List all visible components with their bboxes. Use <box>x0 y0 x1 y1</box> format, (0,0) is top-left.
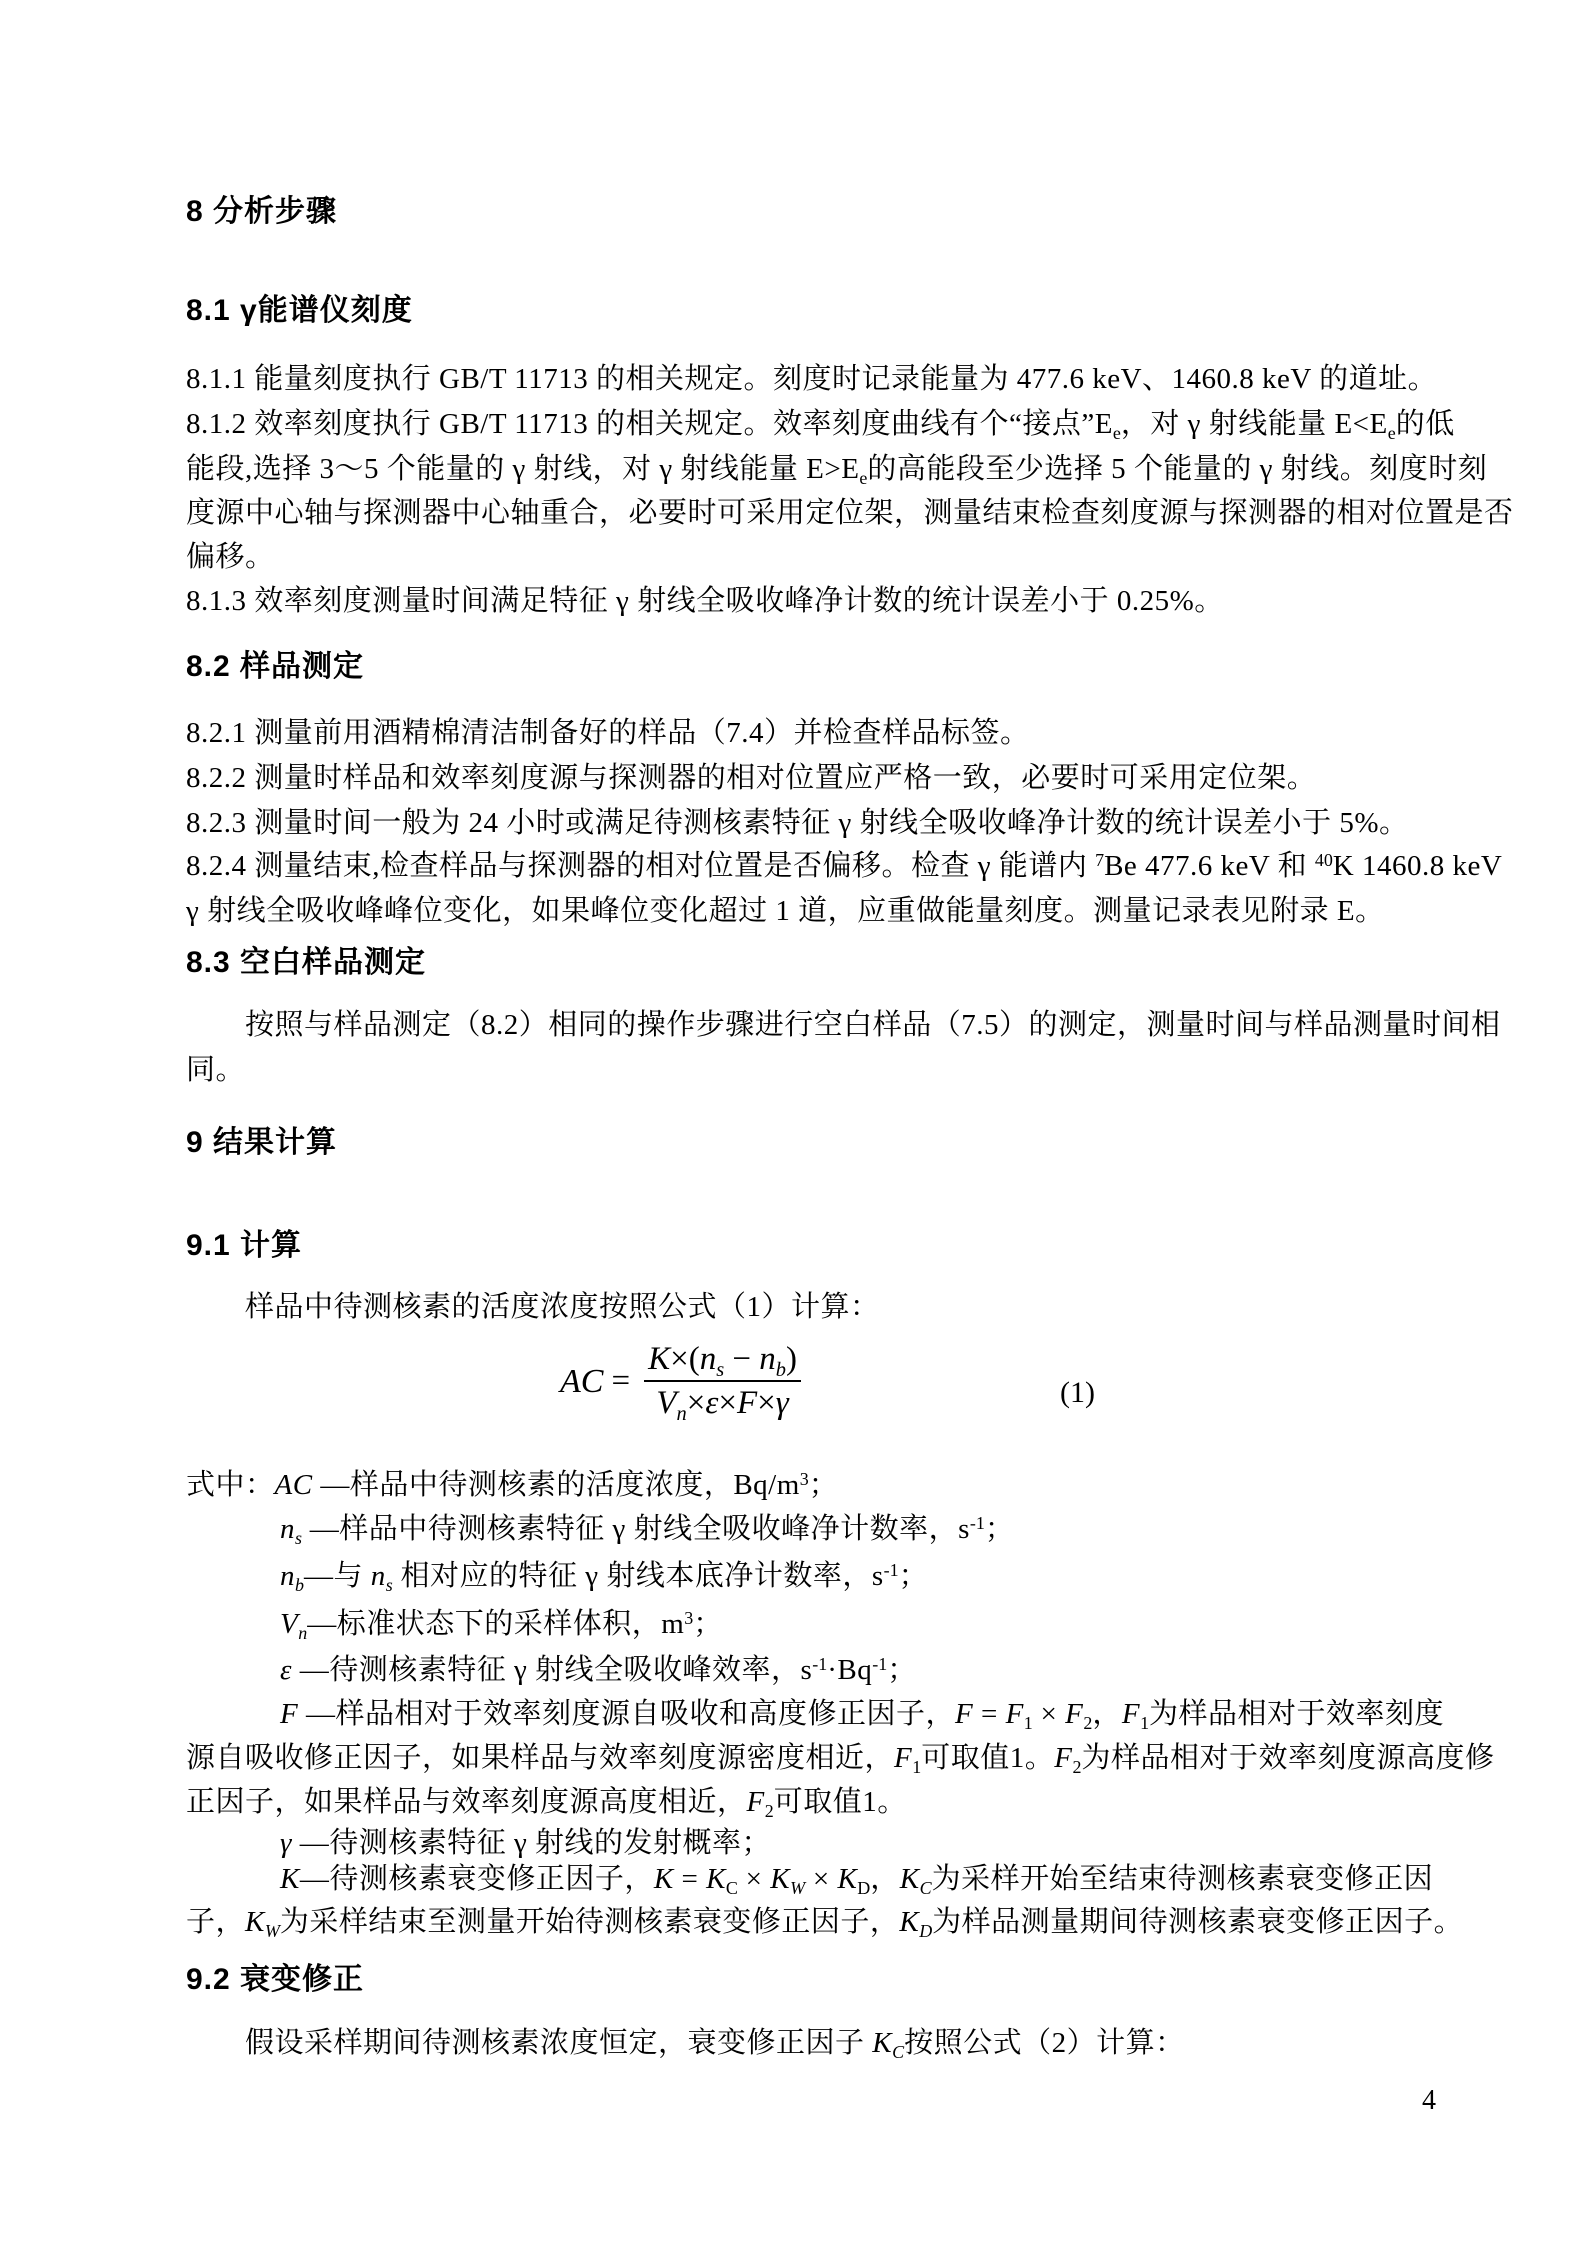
section-heading-8-2: 8.2 样品测定 <box>186 649 364 685</box>
equation-1-denominator: Vn×ε×F×γ <box>644 1380 800 1424</box>
paragraph-8-3-line-1: 按照与样品测定（8.2）相同的操作步骤进行空白样品（7.5）的测定，测量时间与样… <box>245 1008 1501 1043</box>
paragraph-8-3-line-2: 同。 <box>186 1053 245 1088</box>
equation-1-lhs: AC <box>560 1363 603 1400</box>
paragraph-8-1-2-line-3: 度源中心轴与探测器中心轴重合，必要时可采用定位架，测量结束检查刻度源与探测器的相… <box>186 496 1514 531</box>
definition-k-line-1: K—待测核素衰变修正因子，K = KC × KW × KD，KC为采样开始至结束… <box>280 1862 1433 1897</box>
paragraph-8-2-4-line-1: 8.2.4 测量结束,检查样品与探测器的相对位置是否偏移。检查 γ 能谱内 7B… <box>186 849 1502 884</box>
page-number: 4 <box>1422 2085 1436 2117</box>
paragraph-8-2-1: 8.2.1 测量前用酒精棉清洁制备好的样品（7.4）并检查样品标签。 <box>186 716 1030 751</box>
definition-f-line-1: F —样品相对于效率刻度源自吸收和高度修正因子，F = F1 × F2，F1为样… <box>280 1697 1444 1732</box>
definition-epsilon: ε —待测核素特征 γ 射线全吸收峰效率，s-1·Bq-1； <box>280 1653 917 1688</box>
equation-1: AC = K×(ns − nb) Vn×ε×F×γ <box>560 1338 809 1425</box>
paragraph-8-2-4-line-2: γ 射线全吸收峰峰位变化，如果峰位变化超过 1 道，应重做能量刻度。测量记录表见… <box>186 894 1385 929</box>
paragraph-8-1-2-line-4: 偏移。 <box>186 540 275 575</box>
definition-f-line-3: 正因子，如果样品与效率刻度源高度相近，F2可取值1。 <box>186 1785 907 1820</box>
equation-1-number: (1) <box>1060 1376 1095 1410</box>
section-heading-9-2: 9.2 衰变修正 <box>186 1962 364 1998</box>
definition-vn: Vn—标准状态下的采样体积，m3； <box>280 1607 723 1642</box>
paragraph-8-1-2-line-1: 8.1.2 效率刻度执行 GB/T 11713 的相关规定。效率刻度曲线有个“接… <box>186 407 1455 442</box>
equation-1-fraction: K×(ns − nb) Vn×ε×F×γ <box>636 1338 809 1425</box>
definition-k-line-2: 子，KW为采样结束至测量开始待测核素衰变修正因子，KD为样品测量期间待测核素衰变… <box>186 1905 1463 1940</box>
definition-f-line-2: 源自吸收修正因子，如果样品与效率刻度源密度相近，F1可取值1。F2为样品相对于效… <box>186 1741 1494 1776</box>
section-heading-9-1: 9.1 计算 <box>186 1228 302 1264</box>
section-heading-9: 9 结果计算 <box>186 1125 337 1161</box>
paragraph-8-2-2: 8.2.2 测量时样品和效率刻度源与探测器的相对位置应严格一致，必要时可采用定位… <box>186 761 1316 796</box>
definition-ac: 式中：AC —样品中待测核素的活度浓度，Bq/m3； <box>186 1468 838 1503</box>
equation-1-numerator: K×(ns − nb) <box>636 1338 809 1380</box>
paragraph-9-2-intro: 假设采样期间待测核素浓度恒定，衰变修正因子 KC按照公式（2）计算： <box>245 2026 1185 2061</box>
equation-1-equals: = <box>611 1363 630 1399</box>
definition-gamma: γ —待测核素特征 γ 射线的发射概率； <box>280 1826 771 1861</box>
definition-nb: nb—与 ns 相对应的特征 γ 射线本底净计数率，s-1； <box>280 1559 928 1594</box>
section-heading-8-3: 8.3 空白样品测定 <box>186 945 426 981</box>
paragraph-8-1-3: 8.1.3 效率刻度测量时间满足特征 γ 射线全吸收峰净计数的统计误差小于 0.… <box>186 584 1224 619</box>
paragraph-8-1-2-line-2: 能段,选择 3～5 个能量的 γ 射线，对 γ 射线能量 E>Ee的高能段至少选… <box>186 452 1487 487</box>
section-heading-8: 8 分析步骤 <box>186 194 337 230</box>
paragraph-9-1-intro: 样品中待测核素的活度浓度按照公式（1）计算： <box>245 1290 880 1325</box>
definition-ns: ns —样品中待测核素特征 γ 射线全吸收峰净计数率，s-1； <box>280 1512 1014 1547</box>
section-heading-8-1: 8.1 γ能谱仪刻度 <box>186 293 413 329</box>
paragraph-8-1-1: 8.1.1 能量刻度执行 GB/T 11713 的相关规定。刻度时记录能量为 4… <box>186 362 1437 397</box>
document-page: 8 分析步骤 8.1 γ能谱仪刻度 8.1.1 能量刻度执行 GB/T 1171… <box>0 0 1587 2245</box>
paragraph-8-2-3: 8.2.3 测量时间一般为 24 小时或满足待测核素特征 γ 射线全吸收峰净计数… <box>186 806 1408 841</box>
